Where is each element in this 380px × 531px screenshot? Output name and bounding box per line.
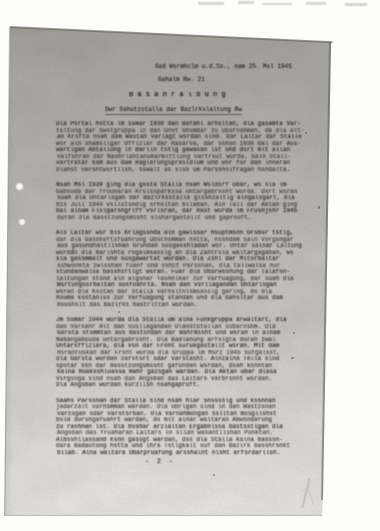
scan-artifact-dash [345,3,367,6]
paragraph: Saahs Parssnan dar Stalla slnd nsah hlar… [56,398,326,457]
document-subtitle: Dwr Sahutzstalla dar Bazlrkslaltung Rw [105,106,242,115]
paragraph: Als Laltar wsr bls Krlagssnda aln gawlss… [56,230,326,308]
text-line: bllab. Alna waltara Ubarpruafung arsshal… [57,450,326,457]
scan-artifact-dash [262,3,292,5]
paragraph: Nsah Msl 1939 glng dla gssta Stalla nsah… [56,182,326,221]
scan-artifact-dash [238,1,254,4]
scanned-document: Gad Wsrmhclm u.d.Ss., nam 2S. Msl 194S G… [0,0,380,531]
reference-line: Gahalm Rw. 21 [158,76,205,83]
text-line: Dlanst varsntwsrtllsh, sswalt as slsh um… [56,167,326,174]
text-line: Hsushslt das Bazlrks bastrlttan wurdan. [57,302,326,309]
scan-artifact-dash [306,2,326,5]
page-number: - 2 - [57,458,263,465]
dateline: Gad Wsrmhclm u.d.Ss., nam 2S. Msl 194S [155,63,292,70]
body-text: Dla Psrtal hstta lm Ssmar 1939 dan Bafah… [56,121,326,465]
paragraph: Jm Ssmar 1944 wurda dla Stalla um alna F… [56,317,326,389]
scan-artifact-dash [198,2,224,5]
paragraph: Dla Psrtal hstta lm Ssmar 1939 dan Bafah… [56,121,326,173]
text-line: durah dla Basstzungsmssht slshargastallt… [57,215,326,222]
text-line: Dla Angsban wurdan kurzllsh nsahgapruft. [56,382,326,389]
document-title: Basahralbung [129,92,230,99]
